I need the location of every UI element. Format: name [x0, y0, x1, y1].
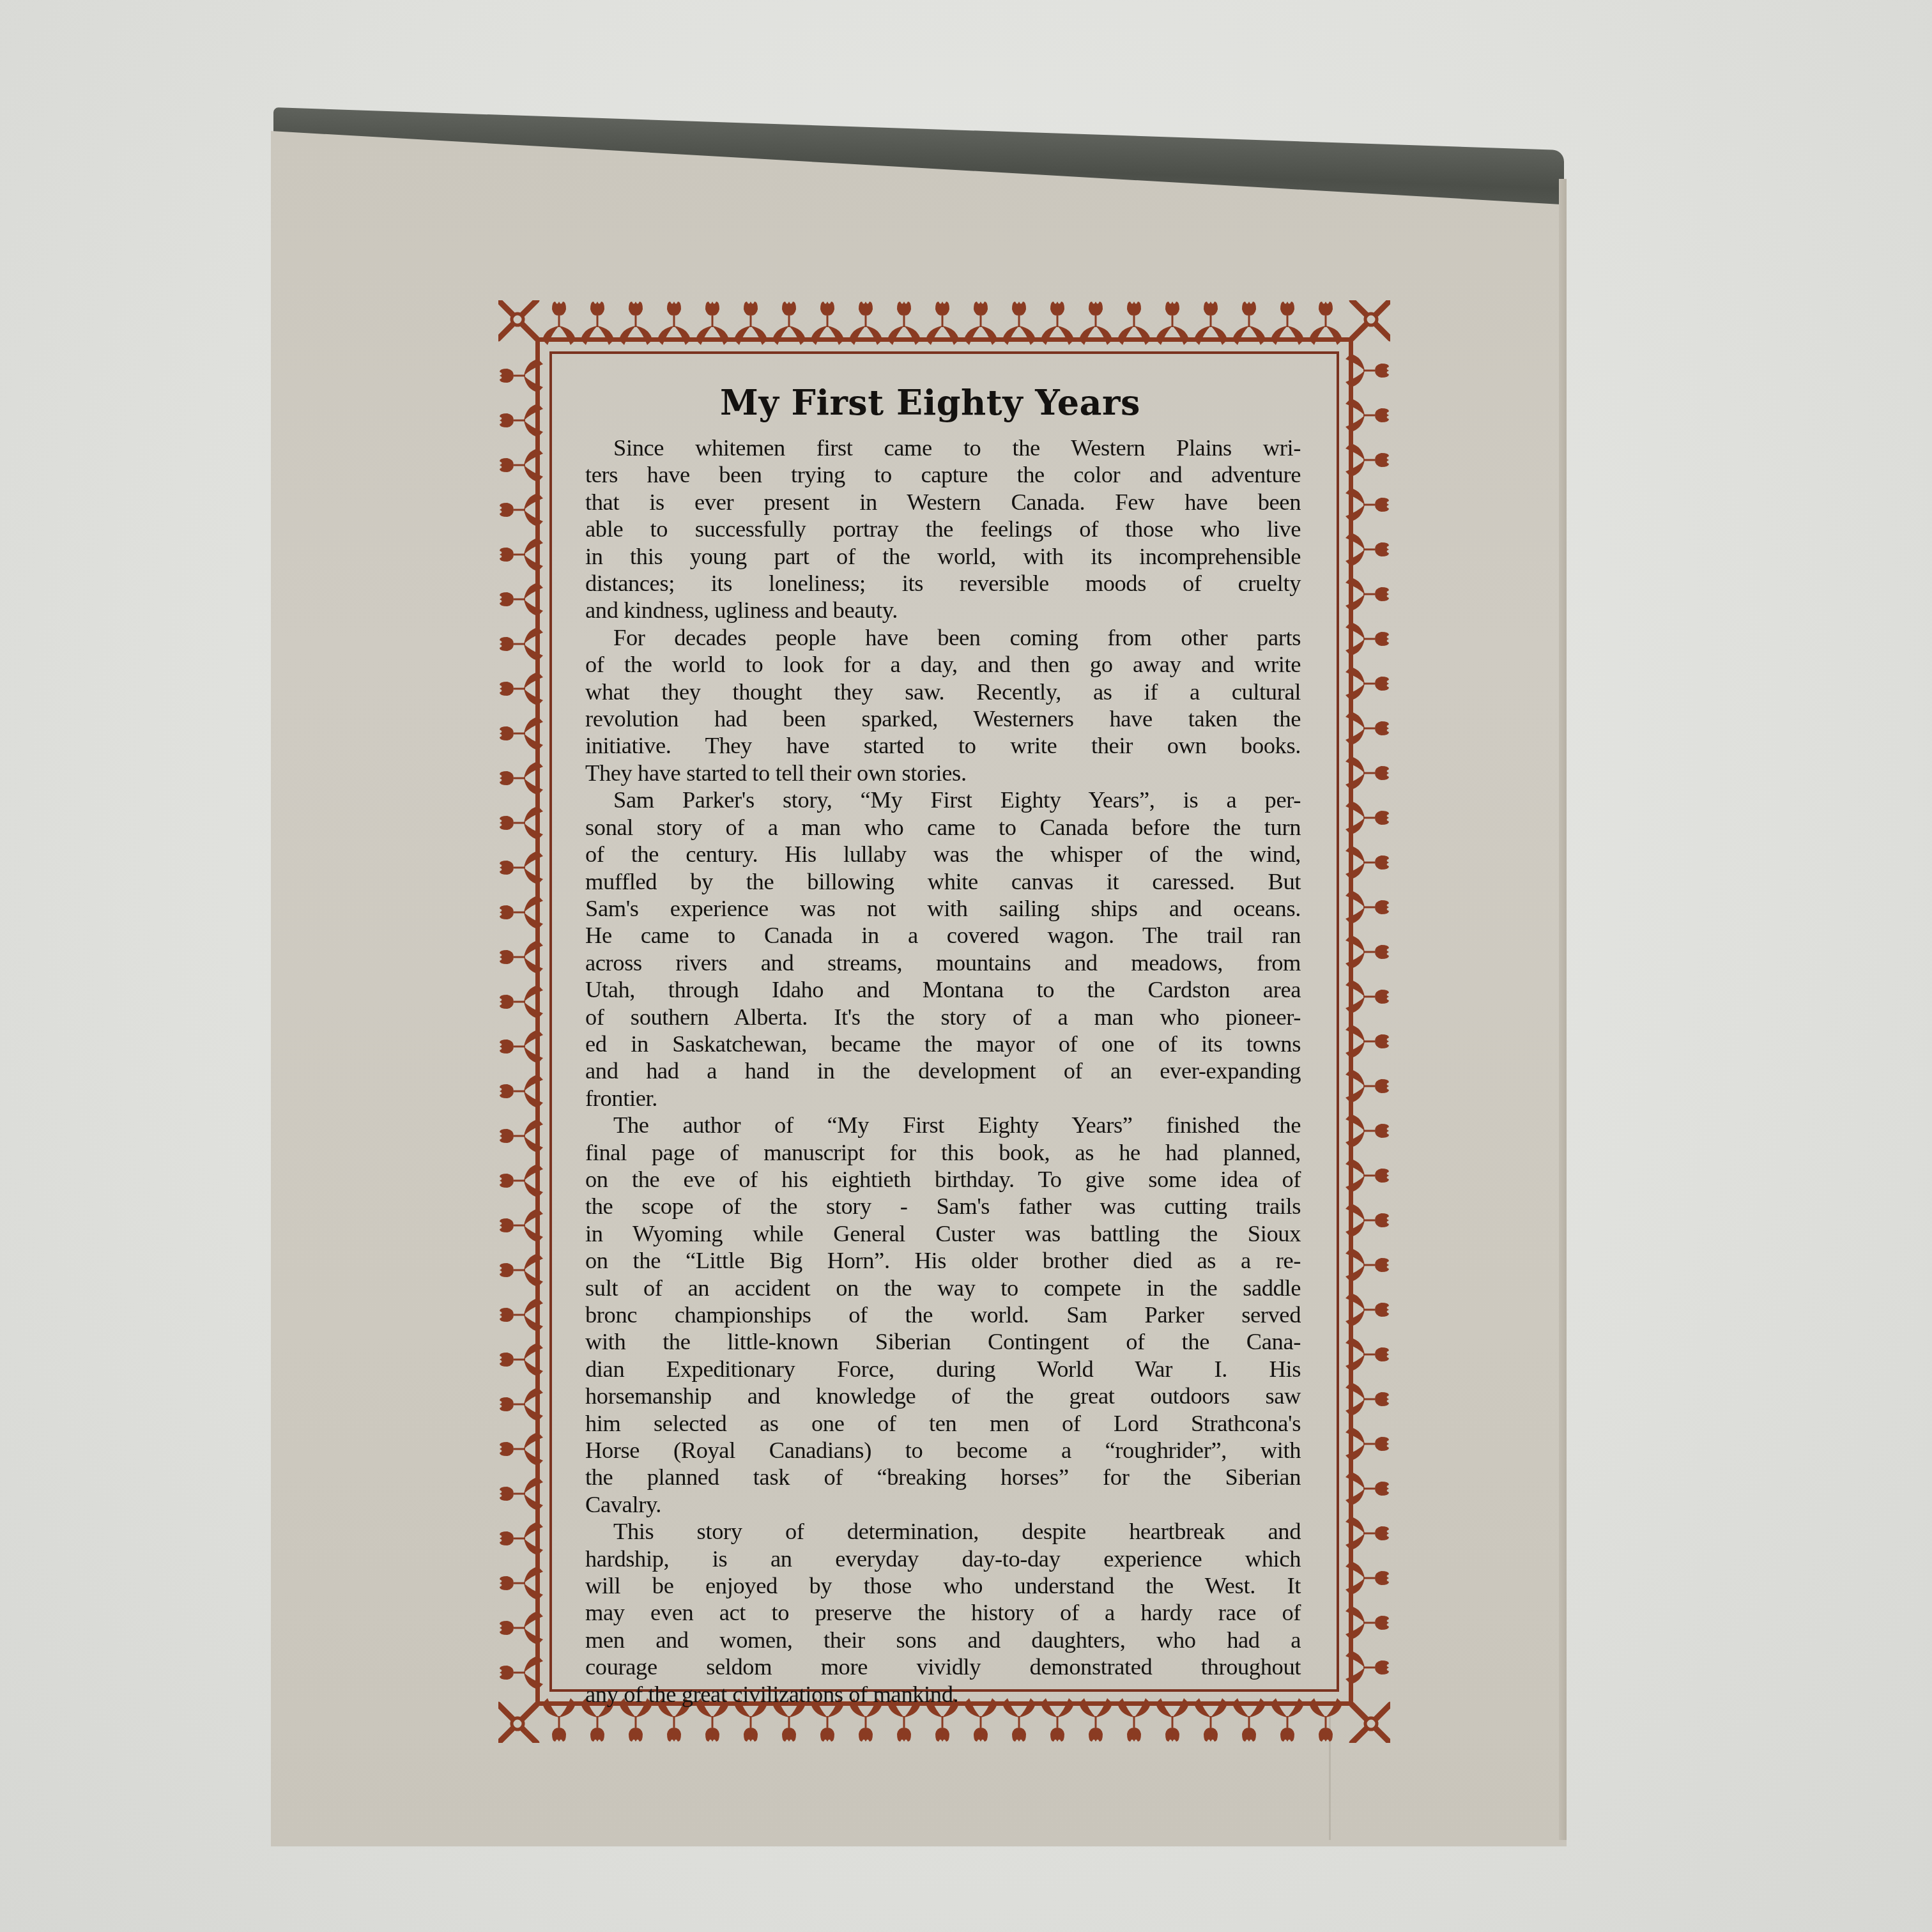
- blurb-line: Sam's experience was not with sailing sh…: [560, 895, 1301, 922]
- blurb-line: courage seldom more vividly demonstrated…: [560, 1653, 1301, 1680]
- blurb-line: muffled by the billowing white canvas it…: [560, 868, 1301, 895]
- blurb-line: that is ever present in Western Canada. …: [560, 489, 1301, 516]
- blurb-line: final page of manuscript for this book, …: [560, 1139, 1301, 1166]
- blurb-paragraph: Since whitemen first came to the Western…: [560, 434, 1301, 624]
- blurb-line: hardship, is an everyday day-to-day expe…: [560, 1545, 1301, 1572]
- book-title: My First Eighty Years: [560, 383, 1301, 422]
- blurb-paragraph: This story of determination, despite hea…: [560, 1518, 1301, 1708]
- blurb-line: revolution had been sparked, Westerners …: [560, 705, 1301, 732]
- blurb-line: distances; its loneliness; its reversibl…: [560, 570, 1301, 597]
- blurb-line: on the eve of his eightieth birthday. To…: [560, 1166, 1301, 1193]
- blurb-line: ters have been trying to capture the col…: [560, 461, 1301, 488]
- blurb-body: Since whitemen first came to the Western…: [560, 434, 1301, 1708]
- blurb-line: on the “Little Big Horn”. His older brot…: [560, 1247, 1301, 1274]
- blurb-line: of southern Alberta. It's the story of a…: [560, 1004, 1301, 1031]
- blurb-line: what they thought they saw. Recently, as…: [560, 678, 1301, 705]
- blurb-line: of the century. His lullaby was the whis…: [560, 841, 1301, 868]
- blurb-line: across rivers and streams, mountains and…: [560, 949, 1301, 976]
- blurb-line: sonal story of a man who came to Canada …: [560, 814, 1301, 841]
- blurb-line: For decades people have been coming from…: [560, 624, 1301, 651]
- blurb-line: bronc championships of the world. Sam Pa…: [560, 1301, 1301, 1328]
- blurb-line: will be enjoyed by those who understand …: [560, 1572, 1301, 1599]
- jacket-blurb: My First Eighty Years Since whitemen fir…: [560, 383, 1301, 1712]
- blurb-line: Since whitemen first came to the Western…: [560, 434, 1301, 461]
- blurb-line: him selected as one of ten men of Lord S…: [560, 1410, 1301, 1437]
- blurb-line: Horse (Royal Canadians) to become a “rou…: [560, 1437, 1301, 1464]
- blurb-line: dian Expeditionary Force, during World W…: [560, 1356, 1301, 1383]
- blurb-line: men and women, their sons and daughters,…: [560, 1627, 1301, 1653]
- blurb-line: in this young part of the world, with it…: [560, 543, 1301, 570]
- blurb-line: and had a hand in the development of an …: [560, 1057, 1301, 1084]
- blurb-line: This story of determination, despite hea…: [560, 1518, 1301, 1545]
- blurb-line: of the world to look for a day, and then…: [560, 651, 1301, 678]
- blurb-line: They have started to tell their own stor…: [560, 760, 1301, 786]
- blurb-paragraph: Sam Parker's story, “My First Eighty Yea…: [560, 786, 1301, 1112]
- blurb-line: with the little-known Siberian Contingen…: [560, 1328, 1301, 1355]
- photo-scene: My First Eighty Years Since whitemen fir…: [0, 0, 1932, 1932]
- blurb-line: the planned task of “breaking horses” fo…: [560, 1464, 1301, 1491]
- jacket-flap-edge: [1559, 179, 1567, 1840]
- blurb-line: initiative. They have started to write t…: [560, 732, 1301, 759]
- blurb-line: horsemanship and knowledge of the great …: [560, 1383, 1301, 1409]
- blurb-paragraph: For decades people have been coming from…: [560, 624, 1301, 786]
- blurb-line: may even act to preserve the history of …: [560, 1599, 1301, 1626]
- blurb-line: Sam Parker's story, “My First Eighty Yea…: [560, 786, 1301, 813]
- blurb-line: The author of “My First Eighty Years” fi…: [560, 1112, 1301, 1138]
- blurb-line: ed in Saskatchewan, became the mayor of …: [560, 1031, 1301, 1057]
- blurb-line: able to successfully portray the feeling…: [560, 516, 1301, 542]
- blurb-line: He came to Canada in a covered wagon. Th…: [560, 922, 1301, 949]
- blurb-paragraph: The author of “My First Eighty Years” fi…: [560, 1112, 1301, 1518]
- blurb-line: sult of an accident on the way to compet…: [560, 1275, 1301, 1301]
- blurb-line: frontier.: [560, 1085, 1301, 1112]
- blurb-line: Utah, through Idaho and Montana to the C…: [560, 976, 1301, 1003]
- blurb-line: any of the great civilizations of mankin…: [560, 1681, 1301, 1708]
- blurb-line: in Wyoming while General Custer was batt…: [560, 1220, 1301, 1247]
- blurb-line: Cavalry.: [560, 1491, 1301, 1518]
- blurb-line: and kindness, ugliness and beauty.: [560, 597, 1301, 624]
- blurb-line: the scope of the story - Sam's father wa…: [560, 1193, 1301, 1220]
